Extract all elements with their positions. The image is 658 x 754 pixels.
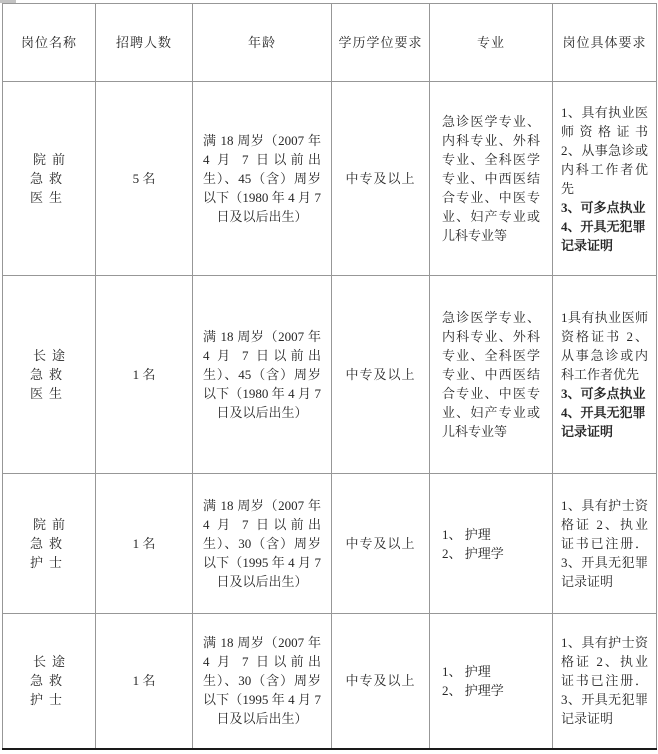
- requirements-normal-text: 1、具有护士资格证 2、执业证书已注册．3、开具无犯罪记录证明: [561, 633, 648, 728]
- position-cell: 院前 急救 护士: [3, 474, 96, 614]
- requirements-normal-text: 1具有执业医师资格证书 2、从事急诊或内科工作者优先: [561, 308, 648, 384]
- education-cell: 中专及以上: [332, 474, 430, 614]
- education-cell: 中专及以上: [332, 614, 430, 749]
- column-header-position: 岗位名称: [3, 4, 96, 82]
- requirements-cell: 1具有执业医师资格证书 2、从事急诊或内科工作者优先 3、可多点执业 4、开具无…: [553, 276, 657, 474]
- column-header-requirements: 岗位具体要求: [553, 4, 657, 82]
- table-row-prehospital-doctor: 院前 急救 医生 5 名 满 18 周岁（2007 年 4 月 7 日以前出生）…: [3, 82, 657, 276]
- recruitment-table: 岗位名称 招聘人数 年龄 学历学位要求 专业 岗位具体要求 院前 急救 医生 5…: [2, 3, 657, 750]
- requirements-normal-text: 1、具有执业医师资格证书 2、从事急诊或内科工作者优先: [561, 103, 648, 198]
- column-header-count: 招聘人数: [96, 4, 193, 82]
- major-cell: 急诊医学专业、内科专业、外科专业、全科医学专业、中西医结合专业、中医专业、妇产专…: [430, 276, 553, 474]
- requirements-bold-text: 3、可多点执业 4、开具无犯罪记录证明: [561, 384, 648, 441]
- education-cell: 中专及以上: [332, 276, 430, 474]
- table-row-longdistance-doctor: 长途 急救 医生 1 名 满 18 周岁（2007 年 4 月 7 日以前出生）…: [3, 276, 657, 474]
- table-row-prehospital-nurse: 院前 急救 护士 1 名 满 18 周岁（2007 年 4 月 7 日以前出生）…: [3, 474, 657, 614]
- position-cell: 长途 急救 医生: [3, 276, 96, 474]
- major-cell: 1、 护理 2、 护理学: [430, 474, 553, 614]
- requirements-cell: 1、具有护士资格证 2、执业证书已注册．3、开具无犯罪记录证明: [553, 614, 657, 749]
- age-cell: 满 18 周岁（2007 年 4 月 7 日以前出生）、30（含）周岁以下（19…: [193, 474, 332, 614]
- count-cell: 1 名: [96, 474, 193, 614]
- major-cell: 急诊医学专业、内科专业、外科专业、全科医学专业、中西医结合专业、中医专业、妇产专…: [430, 82, 553, 276]
- requirements-cell: 1、具有护士资格证 2、执业证书已注册．3、开具无犯罪记录证明: [553, 474, 657, 614]
- requirements-cell: 1、具有执业医师资格证书 2、从事急诊或内科工作者优先 3、可多点执业 4、开具…: [553, 82, 657, 276]
- count-cell: 1 名: [96, 614, 193, 749]
- major-cell: 1、 护理 2、 护理学: [430, 614, 553, 749]
- position-cell: 院前 急救 医生: [3, 82, 96, 276]
- requirements-bold-text: 3、可多点执业 4、开具无犯罪记录证明: [561, 198, 648, 255]
- count-cell: 5 名: [96, 82, 193, 276]
- age-cell: 满 18 周岁（2007 年 4 月 7 日以前出生）、30（含）周岁以下（19…: [193, 614, 332, 749]
- position-cell: 长途 急救 护士: [3, 614, 96, 749]
- requirements-normal-text: 1、具有护士资格证 2、执业证书已注册．3、开具无犯罪记录证明: [561, 496, 648, 591]
- age-cell: 满 18 周岁（2007 年 4 月 7 日以前出生）、45（含）周岁以下（19…: [193, 82, 332, 276]
- column-header-age: 年龄: [193, 4, 332, 82]
- column-header-education: 学历学位要求: [332, 4, 430, 82]
- column-header-major: 专业: [430, 4, 553, 82]
- table-row-longdistance-nurse: 长途 急救 护士 1 名 满 18 周岁（2007 年 4 月 7 日以前出生）…: [3, 614, 657, 749]
- count-cell: 1 名: [96, 276, 193, 474]
- header-row: 岗位名称 招聘人数 年龄 学历学位要求 专业 岗位具体要求: [3, 4, 657, 82]
- age-cell: 满 18 周岁（2007 年 4 月 7 日以前出生）、45（含）周岁以下（19…: [193, 276, 332, 474]
- education-cell: 中专及以上: [332, 82, 430, 276]
- recruitment-table-page: 岗位名称 招聘人数 年龄 学历学位要求 专业 岗位具体要求 院前 急救 医生 5…: [0, 0, 658, 754]
